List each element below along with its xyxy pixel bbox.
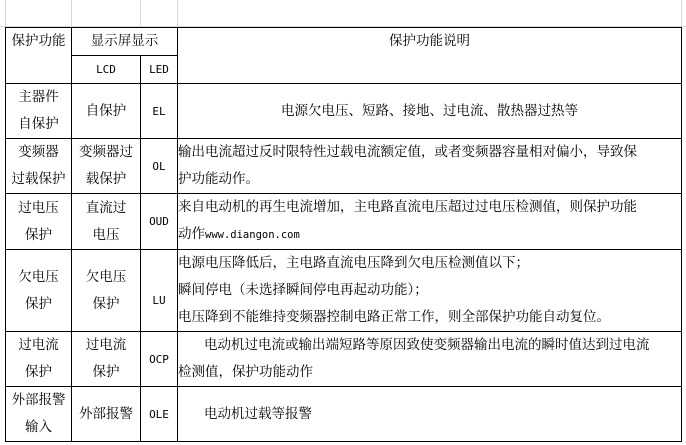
function-cell: 变频器 过载保护 — [6, 139, 72, 194]
led-code: OLE — [141, 387, 178, 442]
description-cell: 电源欠电压、短路、接地、过电流、散热器过热等 — [178, 84, 682, 139]
table-row: 外部报警 输入 外部报警 OLE 电动机过载等报警 — [6, 387, 682, 442]
table-row: 过电流 保护 过电流 保护 OCP 电动机过电流或输出端短路等原因致使变频器输出… — [6, 332, 682, 387]
lcd-cell: 自保护 — [72, 84, 141, 139]
table-row: 欠电压 保护 欠电压 保护 LU 电源电压降低后，主电路直流电压降到欠电压检测值… — [6, 250, 682, 332]
header-description: 保护功能说明 — [178, 28, 682, 84]
description-cell: 电动机过载等报警 — [178, 387, 682, 442]
table-row: 变频器 过载保护 变频器过 载保护 OL 输出电流超过反时限特性过载电流额定值，… — [6, 139, 682, 194]
function-cell: 过电压 保护 — [6, 194, 72, 250]
led-code: OUD — [141, 194, 178, 250]
description-cell: 来自电动机的再生电流增加，主电路直流电压超过过电压检测值，则保护功能 动作www… — [178, 194, 682, 250]
led-code: OCP — [141, 332, 178, 387]
description-cell: 电动机过电流或输出端短路等原因致使变频器输出电流的瞬时值达到过电流 检测值，保护… — [178, 332, 682, 387]
lcd-cell: 变频器过 载保护 — [72, 139, 141, 194]
led-code: OL — [141, 139, 178, 194]
protection-function-table: 保护功能 显示屏显示 保护功能说明 LCD LED 主器件 自保护 自保护 EL… — [5, 27, 682, 442]
function-cell: 主器件 自保护 — [6, 84, 72, 139]
led-code: LU — [141, 250, 178, 332]
lcd-cell: 欠电压 保护 — [72, 250, 141, 332]
description-cell: 输出电流超过反时限特性过载电流额定值，或者变频器容量相对偏小，导致保 护功能动作… — [178, 139, 682, 194]
function-cell: 欠电压 保护 — [6, 250, 72, 332]
lcd-cell: 过电流 保护 — [72, 332, 141, 387]
table-row: 主器件 自保护 自保护 EL 电源欠电压、短路、接地、过电流、散热器过热等 — [6, 84, 682, 139]
lcd-cell: 外部报警 — [72, 387, 141, 442]
function-cell: 外部报警 输入 — [6, 387, 72, 442]
header-function: 保护功能 — [6, 28, 72, 84]
table-row: 过电压 保护 直流过 电压 OUD 来自电动机的再生电流增加，主电路直流电压超过… — [6, 194, 682, 250]
function-cell: 过电流 保护 — [6, 332, 72, 387]
header-led: LED — [141, 56, 178, 84]
watermark-url: www.diangon.com — [205, 229, 300, 241]
led-code: EL — [141, 84, 178, 139]
header-lcd: LCD — [72, 56, 141, 84]
header-display: 显示屏显示 — [72, 28, 178, 56]
description-cell: 电源电压降低后，主电路直流电压降到欠电压检测值以下； 瞬间停电（未选择瞬间停电再… — [178, 250, 682, 332]
spreadsheet-top-gridlines — [0, 0, 686, 27]
lcd-cell: 直流过 电压 — [72, 194, 141, 250]
